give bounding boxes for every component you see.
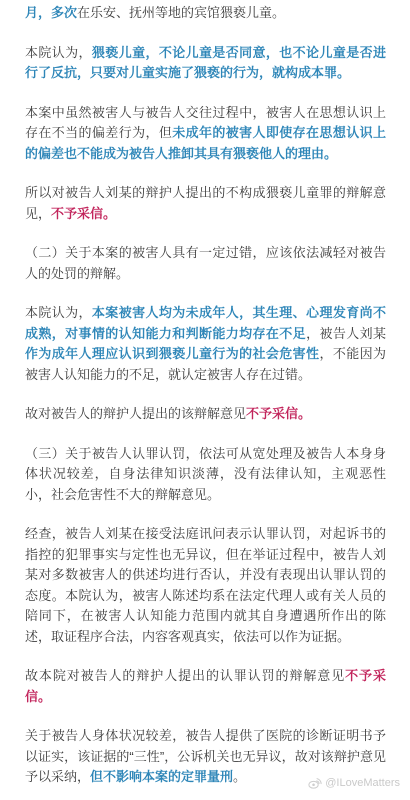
highlighted-text: 作为成年人理应认识到猥亵儿童行为的社会危害性 (25, 346, 319, 361)
paragraph-7: 故对被告人的辩护人提出的该辩解意见不予采信。 (25, 404, 386, 425)
rejected-text: 不予采信。 (51, 206, 116, 221)
body-text: 经查，被告人刘某在接受法庭讯问表示认罪认罚，对起诉书的指控的犯罪事实与定性也无异… (25, 526, 386, 644)
watermark: @ILoveMatters (308, 773, 400, 794)
paragraph-3: 本案中虽然被害人与被告人交往过程中，被害人在思想认识上存在不当的偏差行为，但未成… (25, 103, 386, 165)
body-text: 。 (233, 769, 246, 784)
weibo-icon (308, 777, 322, 789)
body-text: 在乐安、抚州等地的宾馆猥亵儿童。 (77, 5, 285, 20)
body-text: 本院认为， (25, 45, 92, 60)
paragraph-4: 所以对被告人刘某的辩护人提出的不构成猥亵儿童罪的辩解意见，不予采信。 (25, 183, 386, 224)
rejected-text: 不予采信。 (246, 406, 311, 421)
paragraph-2: 本院认为，猥亵儿童，不论儿童是否同意，也不论儿童是否进行了反抗，只要对儿童实施了… (25, 43, 386, 84)
watermark-handle: @ILoveMatters (325, 773, 400, 794)
paragraph-8: （三）关于被告人认罪认罚，依法可从宽处理及被告人本身身体状况较差，自身法律知识淡… (25, 444, 386, 506)
highlighted-text: 但不影响本案的定罪量刑 (90, 769, 233, 784)
body-text: 故对被告人的辩护人提出的该辩解意见 (25, 406, 246, 421)
body-text: （三）关于被告人认罪认罚，依法可从宽处理及被告人本身身体状况较差，自身法律知识淡… (25, 446, 386, 502)
paragraph-1: 月，多次在乐安、抚州等地的宾馆猥亵儿童。 (25, 3, 386, 24)
body-text: 本院认为， (25, 305, 92, 320)
paragraph-9: 经查，被告人刘某在接受法庭讯问表示认罪认罚，对起诉书的指控的犯罪事实与定性也无异… (25, 524, 386, 647)
highlighted-text: 月，多次 (25, 5, 77, 20)
body-text: ，被告人刘某 (306, 326, 386, 341)
paragraph-6: 本院认为，本案被害人均为未成年人，其生理、心理发育尚不成熟，对事情的认知能力和判… (25, 303, 386, 385)
body-text: （二）关于本案的被害人具有一定过错，应该依法减轻对被告人的处罚的辩解。 (25, 245, 386, 281)
paragraph-5: （二）关于本案的被害人具有一定过错，应该依法减轻对被告人的处罚的辩解。 (25, 243, 386, 284)
paragraph-10: 故本院对被告人的辩护人提出的认罪认罚的辩解意见不予采信。 (25, 666, 386, 707)
body-text: 故本院对被告人的辩护人提出的认罪认罚的辩解意见 (25, 668, 345, 683)
legal-document-page: 月，多次在乐安、抚州等地的宾馆猥亵儿童。 本院认为，猥亵儿童，不论儿童是否同意，… (0, 0, 410, 800)
